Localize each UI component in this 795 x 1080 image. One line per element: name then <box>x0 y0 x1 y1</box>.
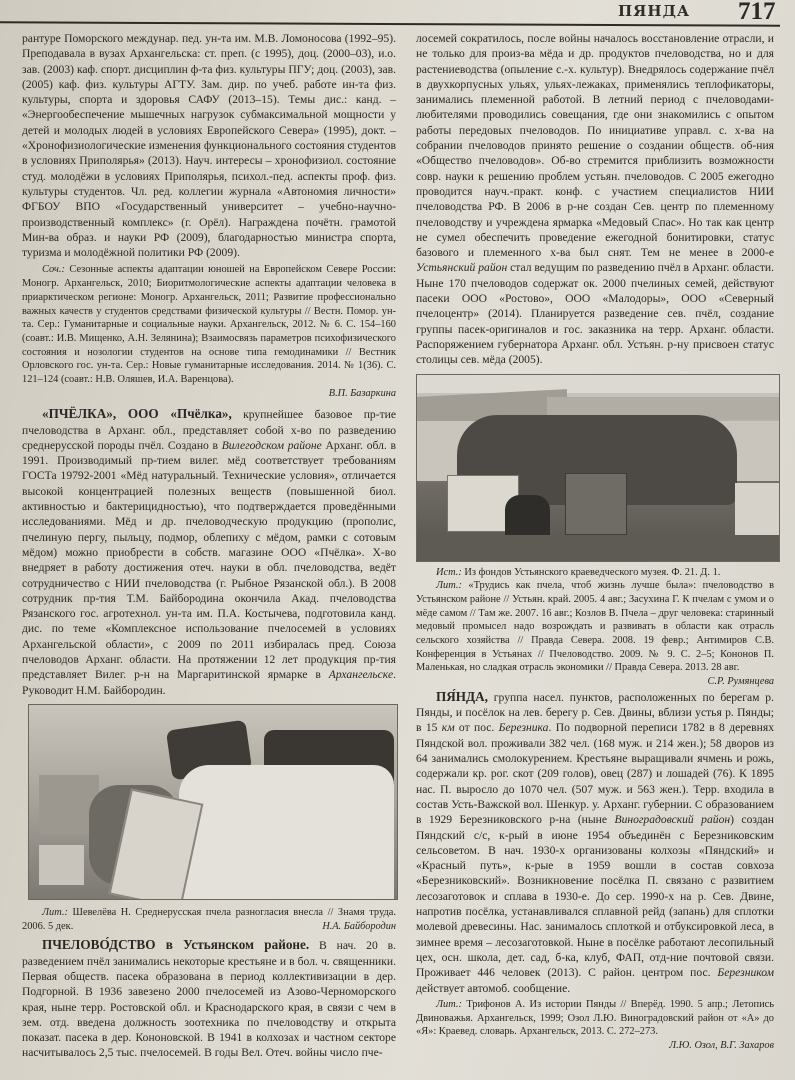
entry-text: . По подворной переписи 1782 в 8 деревня… <box>416 721 774 826</box>
literature-text: Трифонов А. Из истории Пянды // Вперёд. … <box>416 999 774 1037</box>
cross-reference: Березником <box>717 966 774 979</box>
works-list: Соч.: Сезонные аспекты адаптации юношей … <box>22 263 396 386</box>
author-signature: С.Р. Румянцева <box>688 675 774 689</box>
entry-pchelka: «ПЧЁЛКА», ООО «Пчёлка», крупнейшее базов… <box>22 406 396 698</box>
cross-reference: Архангельске <box>329 668 393 681</box>
literature: Лит.: Трифонов А. Из истории Пянды // Вп… <box>416 998 774 1039</box>
works-label: Соч.: <box>42 264 65 275</box>
literature-label: Лит.: <box>436 999 462 1010</box>
entry-text: В нач. 20 в. разведением пчёл занимались… <box>22 939 396 1059</box>
literature: Лит.: Шевелёва Н. Среднерусская пчела ра… <box>22 906 396 933</box>
entry-text: действует автомоб. сообщение. <box>416 982 570 995</box>
author-signature: Л.Ю. Озол, В.Г. Захаров <box>416 1039 774 1053</box>
author-signature: Н.А. Байбородин <box>302 920 396 934</box>
entry-text: лосемей сократилось, после войны началос… <box>416 32 774 259</box>
entry-text: Арханг. обл. в 1991. Производимый пр-тие… <box>22 439 396 681</box>
running-head: ПЯНДА <box>618 2 690 20</box>
works-text: Сезонные аспекты адаптации юношей на Евр… <box>22 264 396 385</box>
literature-label: Лит.: <box>436 580 462 591</box>
entry-text: ) создан Пяндский с/с, к-рый в июне 1954… <box>416 813 774 979</box>
beekeeper-photo <box>28 704 398 900</box>
right-column: лосемей сократилось, после войны началос… <box>416 31 774 1052</box>
entry-headword: «ПЧЁЛКА», ООО «Пчёлка», <box>42 406 232 421</box>
photo-hive <box>39 845 84 885</box>
source-note: Ист.: Из фондов Устьянского краеведческо… <box>416 566 774 580</box>
photo-hive-center <box>565 473 627 535</box>
encyclopedia-page: ПЯНДА 717 рантуре Поморского междунар. п… <box>0 0 795 1080</box>
entry-pyanda: ПЯ́НДА, группа насел. пунктов, расположе… <box>416 689 774 996</box>
page-number: 717 <box>738 0 776 26</box>
source-text: Из фондов Устьянского краеведческого муз… <box>464 567 720 578</box>
cross-reference: Березника <box>499 721 549 734</box>
entry-pchelovodstvo: ПЧЕЛОВО́ДСТВО в Устьянском районе. В нач… <box>22 937 396 1060</box>
cross-reference: Вилегодском районе <box>222 439 322 452</box>
cross-reference: Устьянский район <box>416 261 507 274</box>
photo-suits <box>179 765 394 899</box>
literature-text: «Трудись как пчела, чтоб жизнь лучше был… <box>416 580 774 673</box>
source-label: Ист.: <box>436 567 462 578</box>
cross-reference: Виноградовский район <box>614 813 730 826</box>
beekeepers-group-photo <box>416 374 780 562</box>
photo-grass <box>417 535 779 561</box>
literature: Лит.: «Трудись как пчела, чтоб жизнь луч… <box>416 579 774 675</box>
article-continuation: лосемей сократилось, после войны началос… <box>416 31 774 368</box>
left-column: рантуре Поморского междунар. пед. ун-та … <box>22 31 396 1061</box>
entry-text: от пос. <box>455 721 499 734</box>
photo-sky <box>417 375 779 393</box>
unit: км <box>442 721 455 734</box>
article-continuation: рантуре Поморского междунар. пед. ун-та … <box>22 31 396 260</box>
entry-text: стал ведущим по разведению пчёл в Арханг… <box>416 261 774 366</box>
entry-headword: ПЯ́НДА, <box>436 689 488 704</box>
literature-label: Лит.: <box>42 907 68 918</box>
header-rule <box>0 21 780 26</box>
author-signature: В.П. Базаркина <box>22 387 396 401</box>
entry-headword: ПЧЕЛОВО́ДСТВО в Устьянском районе. <box>42 937 309 952</box>
